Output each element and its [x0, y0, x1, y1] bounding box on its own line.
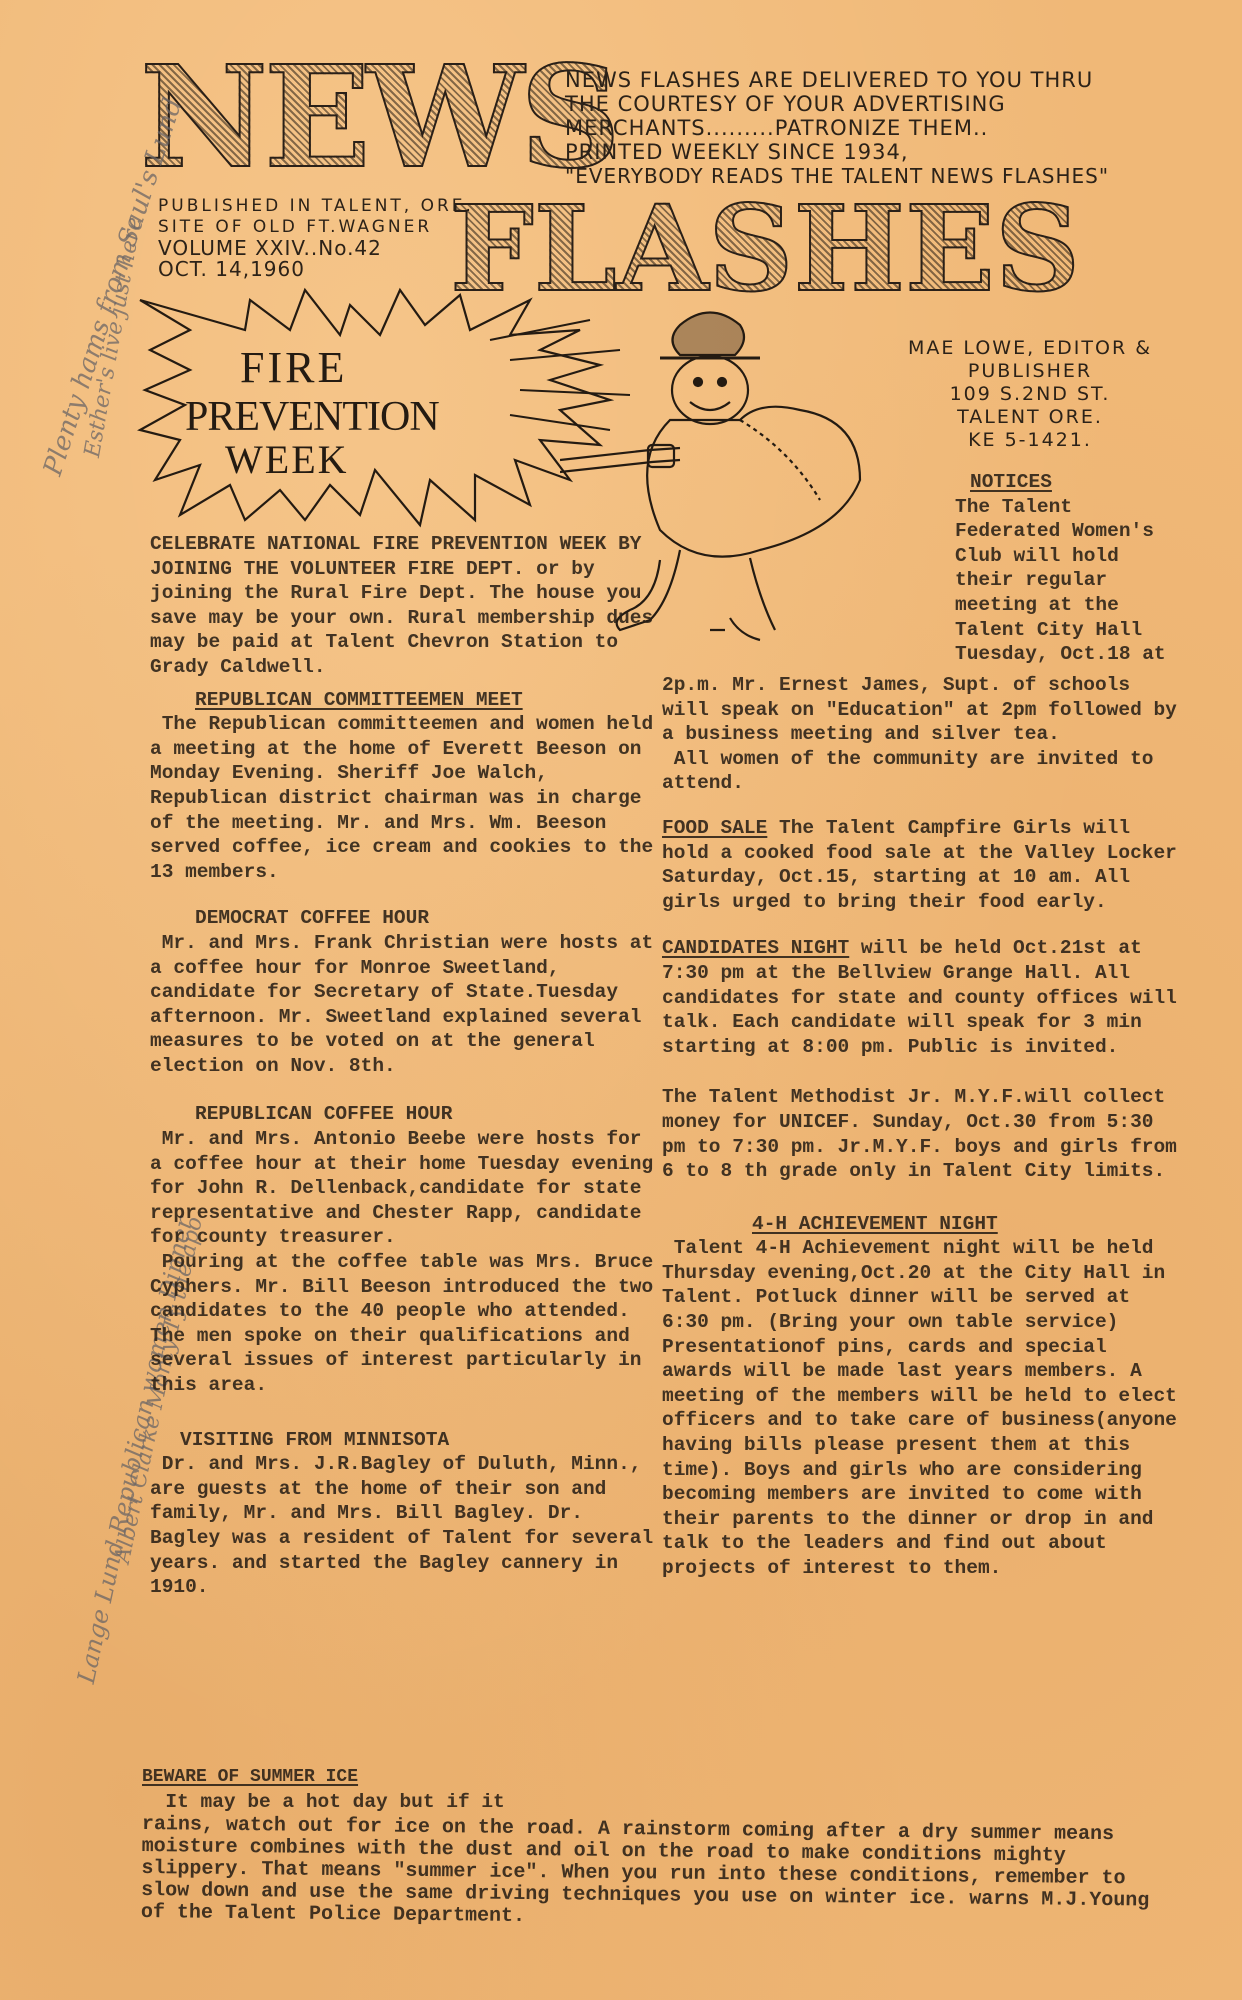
- volume-number: VOLUME XXIV..No.42: [158, 238, 474, 259]
- article-body: Dr. and Mrs. J.R.Bagley of Duluth, Minn.…: [150, 1452, 655, 1600]
- article-body: The Republican committeemen and women he…: [150, 712, 655, 884]
- fire-text-line2: PREVENTION: [185, 396, 439, 438]
- notices-heading: NOTICES: [955, 470, 1170, 495]
- fire-text-line3: WEEK: [225, 440, 349, 480]
- publication-site: SITE OF OLD FT.WAGNER: [158, 217, 474, 238]
- candidates-night-heading: CANDIDATES NIGHT: [662, 937, 849, 959]
- myf-article: The Talent Methodist Jr. M.Y.F.will coll…: [662, 1085, 1177, 1183]
- issue-date: OCT. 14,1960: [158, 259, 474, 280]
- article-body: Mr. and Mrs. Frank Christian were hosts …: [150, 931, 655, 1079]
- achievement-night-heading: 4-H ACHIEVEMENT NIGHT: [662, 1212, 1177, 1237]
- tagline-line: PRINTED WEEKLY SINCE 1934,: [565, 140, 1109, 164]
- tagline-line: MERCHANTS.........PATRONIZE THEM..: [565, 116, 1109, 140]
- article-heading: VISITING FROM MINNISOTA: [150, 1428, 655, 1453]
- publication-info: PUBLISHED IN TALENT, ORE. SITE OF OLD FT…: [158, 196, 474, 280]
- summer-ice-body: rains, watch out for ice on the road. A …: [141, 1814, 1177, 1935]
- left-column: CELEBRATE NATIONAL FIRE PREVENTION WEEK …: [150, 532, 655, 1600]
- notices-body-narrow: The Talent Federated Women's Club will h…: [955, 495, 1170, 667]
- fire-text-line1: FIRE: [240, 346, 347, 390]
- notices-body-wide: 2p.m. Mr. Ernest James, Supt. of schools…: [662, 673, 1177, 796]
- summer-ice-heading: BEWARE OF SUMMER ICE: [142, 1765, 1177, 1790]
- right-column: 2p.m. Mr. Ernest James, Supt. of schools…: [662, 673, 1177, 1581]
- summer-ice-lead: It may be a hot day but if it: [142, 1790, 612, 1815]
- summer-ice-article: BEWARE OF SUMMER ICE It may be a hot day…: [142, 1765, 1177, 1924]
- article-heading: DEMOCRAT COFFEE HOUR: [150, 906, 655, 931]
- candidates-night-article: CANDIDATES NIGHT will be held Oct.21st a…: [662, 936, 1177, 1059]
- notices-section: NOTICES The Talent Federated Women's Clu…: [955, 470, 1170, 667]
- publication-place: PUBLISHED IN TALENT, ORE.: [158, 196, 474, 217]
- fire-prevention-intro: CELEBRATE NATIONAL FIRE PREVENTION WEEK …: [150, 532, 655, 680]
- tagline-line: NEWS FLASHES ARE DELIVERED TO YOU THRU: [565, 68, 1109, 92]
- food-sale-article: FOOD SALE The Talent Campfire Girls will…: [662, 816, 1177, 914]
- article-body: Mr. and Mrs. Antonio Beebe were hosts fo…: [150, 1127, 655, 1398]
- article-heading: REPUBLICAN COMMITTEEMEN MEET: [150, 688, 655, 713]
- achievement-night-body: Talent 4-H Achievement night will be hel…: [662, 1236, 1177, 1580]
- masthead-title-news: NEWS: [140, 48, 617, 188]
- food-sale-heading: FOOD SALE: [662, 817, 767, 839]
- article-heading: REPUBLICAN COFFEE HOUR: [150, 1102, 655, 1127]
- tagline-line: THE COURTESY OF YOUR ADVERTISING: [565, 92, 1109, 116]
- masthead-tagline: NEWS FLASHES ARE DELIVERED TO YOU THRU T…: [565, 68, 1109, 188]
